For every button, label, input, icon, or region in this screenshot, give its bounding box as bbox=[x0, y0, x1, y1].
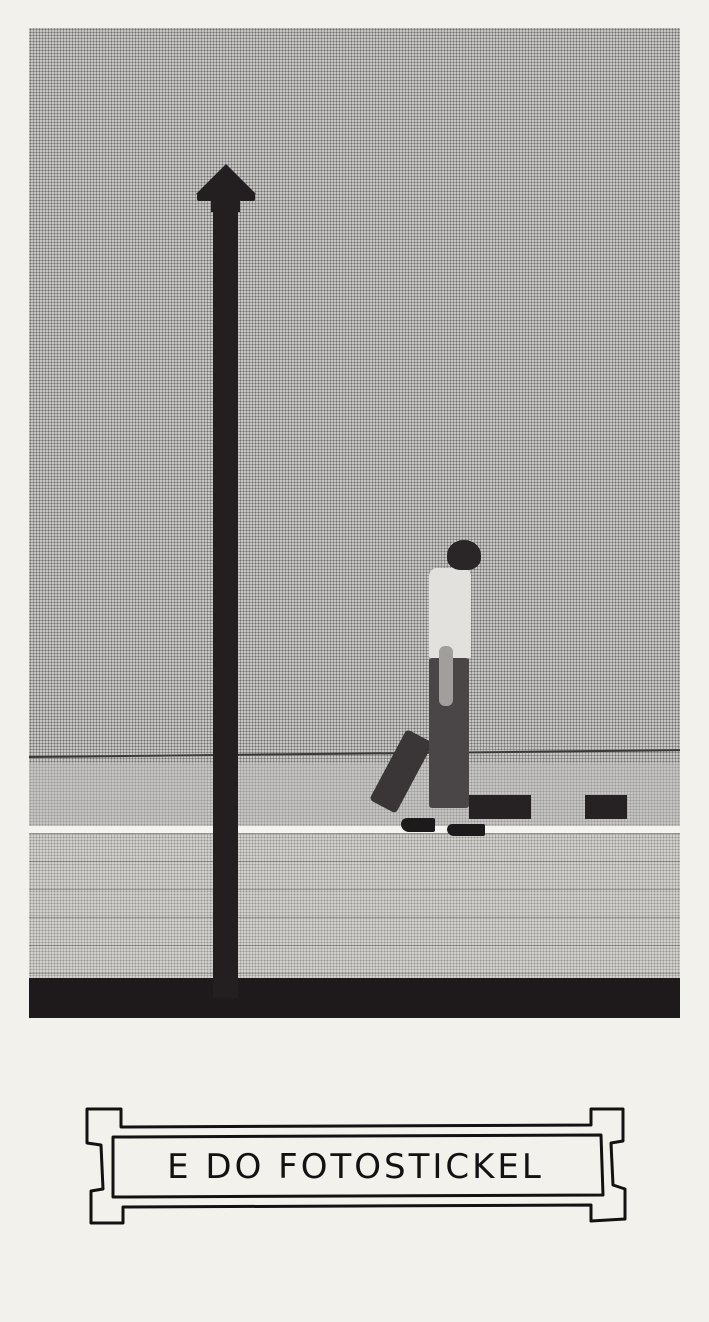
caption-plaque: E DO FOTOSTICKEL bbox=[83, 1105, 628, 1225]
man-shoe bbox=[447, 824, 485, 836]
halftone-photo bbox=[29, 28, 680, 1018]
man-arm bbox=[439, 646, 453, 706]
walking-man bbox=[399, 536, 499, 831]
brick-wall bbox=[29, 833, 680, 981]
lamp-post bbox=[213, 208, 238, 998]
sky bbox=[29, 28, 680, 768]
caption-text: E DO FOTOSTICKEL bbox=[123, 1147, 588, 1187]
far-ground bbox=[29, 763, 680, 828]
man-shoe bbox=[401, 818, 435, 832]
wall-top-edge bbox=[29, 826, 680, 833]
man-head bbox=[447, 540, 481, 570]
dark-ground bbox=[29, 978, 680, 1018]
lamp-post-cap bbox=[196, 164, 256, 194]
man-shirt bbox=[429, 568, 471, 658]
bench bbox=[585, 795, 627, 819]
